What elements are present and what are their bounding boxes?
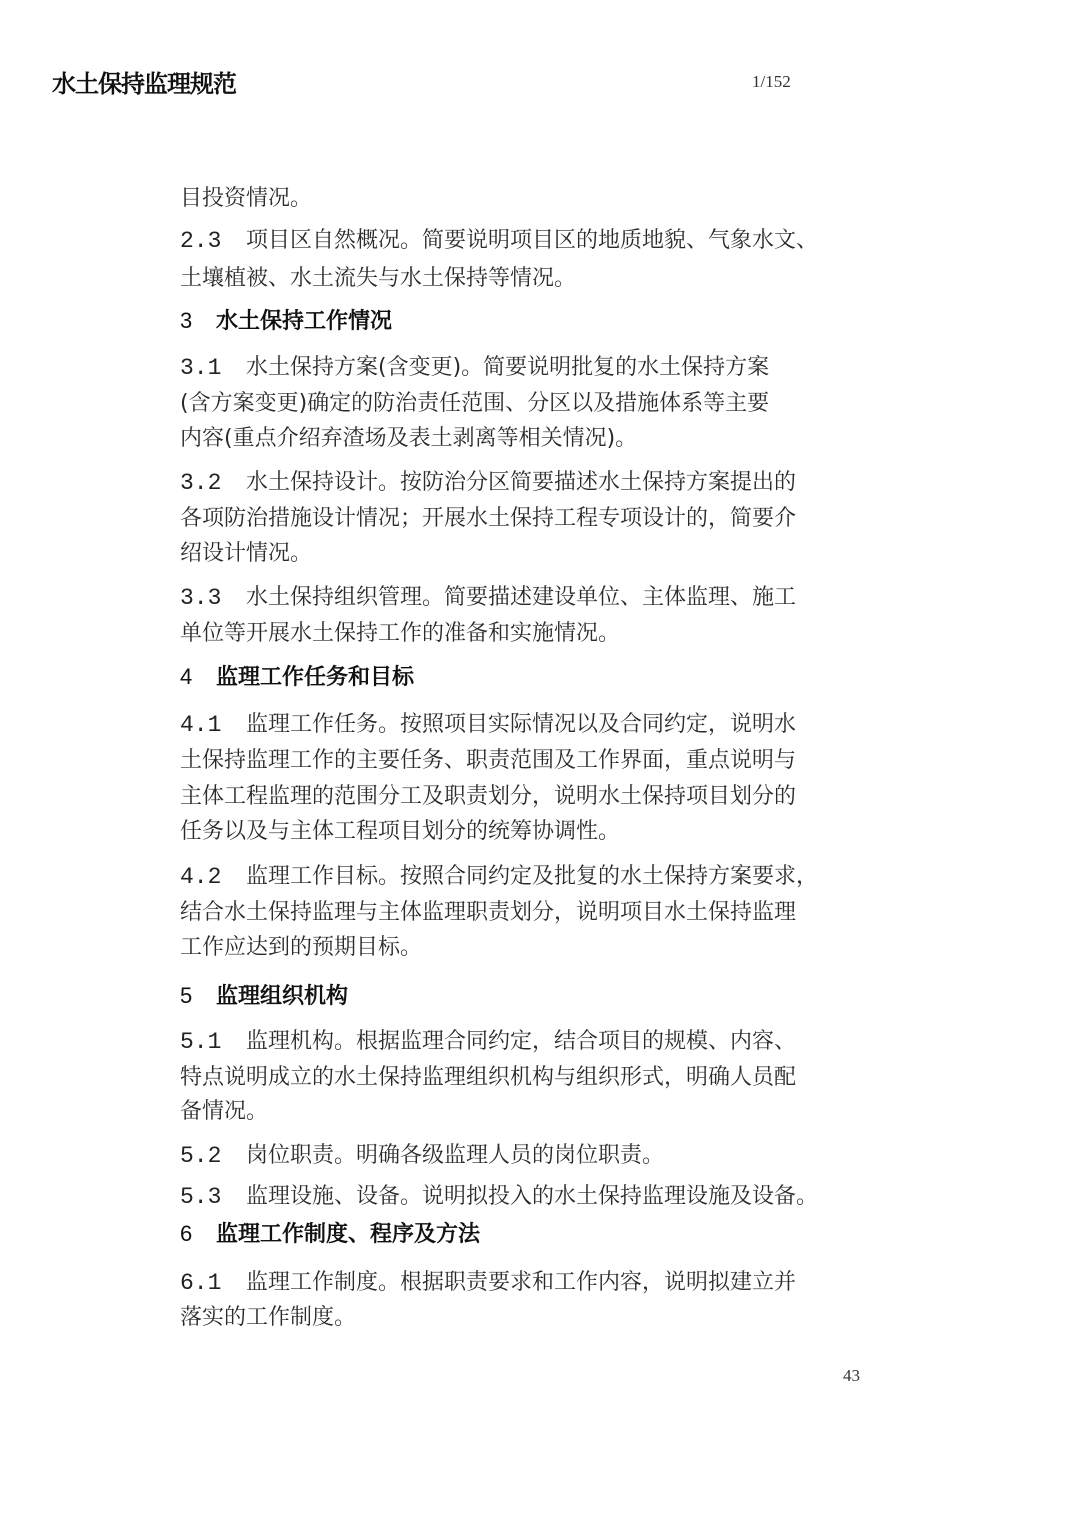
paragraph-line: 目投资情况。 bbox=[180, 184, 312, 214]
heading-6: 6监理工作制度、程序及方法 bbox=[180, 1219, 480, 1250]
page-indicator: 1/152 bbox=[752, 72, 791, 92]
heading-4: 4监理工作任务和目标 bbox=[180, 662, 414, 693]
paragraph-line: 项目区自然概况。简要说明项目区的地质地貌、气象水文、 bbox=[246, 228, 818, 253]
paragraph-line: 土壤植被、水土流失与水土保持等情况。 bbox=[180, 264, 576, 294]
heading-5: 5监理组织机构 bbox=[180, 981, 348, 1012]
page-number: 43 bbox=[843, 1366, 860, 1386]
document-title: 水土保持监理规范 bbox=[52, 64, 236, 99]
section-number: 2.3 bbox=[180, 226, 246, 256]
heading-3: 3水土保持工作情况 bbox=[180, 306, 392, 337]
